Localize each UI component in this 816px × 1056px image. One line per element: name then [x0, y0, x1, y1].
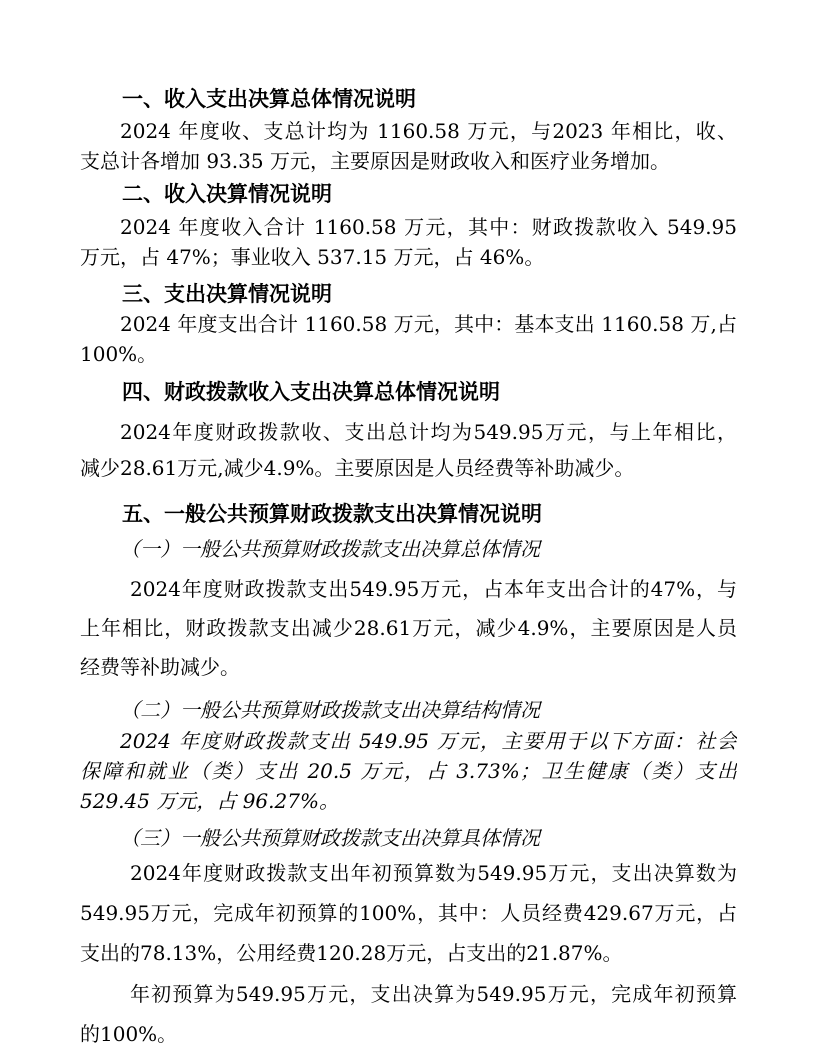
paragraph-initial-budget-completion: 年初预算为549.95万元，支出决算为549.95万元，完成年初预算 的100%… — [80, 974, 737, 1054]
text-line: 2024年度财政拨款支出549.95万元，占本年支出合计的47%，与 — [80, 570, 737, 609]
subheading-2-structure: （二）一般公共预算财政拨款支出决算结构情况 — [80, 695, 737, 725]
document-page: 一、收入支出决算总体情况说明 2024 年度收、支总计均为 1160.58 万元… — [0, 0, 816, 1056]
text-line: 支总计各增加 93.35 万元，主要原因是财政收入和医疗业务增加。 — [80, 146, 737, 176]
text-line: 上年相比，财政拨款支出减少28.61万元，减少4.9%，主要原因是人员 — [80, 609, 737, 648]
subheading-1-general-overview: （一）一般公共预算财政拨款支出决算总体情况 — [80, 534, 737, 564]
subheading-text: （三）一般公共预算财政拨款支出决算具体情况 — [80, 823, 737, 853]
paragraph-revenue-detail: 2024 年度收入合计 1160.58 万元，其中：财政拨款收入 549.95 … — [80, 212, 737, 272]
section-heading-2: 二、收入决算情况说明 — [80, 179, 737, 209]
heading-text: 一、收入支出决算总体情况说明 — [80, 84, 737, 114]
heading-text: 四、财政拨款收入支出决算总体情况说明 — [80, 377, 737, 407]
text-line: 2024年度财政拨款支出年初预算数为549.95万元，支出决算数为 — [80, 853, 737, 893]
text-line: 减少28.61万元,减少4.9%。主要原因是人员经费等补助减少。 — [80, 450, 737, 486]
text-line: 万元，占 47%；事业收入 537.15 万元，占 46%。 — [80, 242, 737, 272]
section-heading-3: 三、支出决算情况说明 — [80, 279, 737, 309]
text-line: 保障和就业（类）支出 20.5 万元，占 3.73%；卫生健康（类）支出 — [80, 756, 737, 786]
heading-text: 二、收入决算情况说明 — [80, 179, 737, 209]
text-line: 2024 年度财政拨款支出 549.95 万元，主要用于以下方面：社会 — [80, 726, 737, 756]
text-line: 年初预算为549.95万元，支出决算为549.95万元，完成年初预算 — [80, 974, 737, 1014]
paragraph-budget-vs-final: 2024年度财政拨款支出年初预算数为549.95万元，支出决算数为 549.95… — [80, 853, 737, 973]
heading-text: 三、支出决算情况说明 — [80, 279, 737, 309]
section-heading-1: 一、收入支出决算总体情况说明 — [80, 84, 737, 114]
paragraph-revenue-expense-total: 2024 年度收、支总计均为 1160.58 万元，与2023 年相比，收、 支… — [80, 116, 737, 176]
text-line: 100%。 — [80, 339, 737, 369]
heading-text: 五、一般公共预算财政拨款支出决算情况说明 — [80, 499, 737, 529]
paragraph-fiscal-appropriation-total: 2024年度财政拨款收、支出总计均为549.95万元，与上年相比， 减少28.6… — [80, 414, 737, 486]
subheading-text: （一）一般公共预算财政拨款支出决算总体情况 — [80, 534, 737, 564]
text-line: 529.45 万元，占 96.27%。 — [80, 786, 737, 816]
text-line: 549.95万元，完成年初预算的100%，其中：人员经费429.67万元，占 — [80, 893, 737, 933]
paragraph-expense-structure: 2024 年度财政拨款支出 549.95 万元，主要用于以下方面：社会 保障和就… — [80, 726, 737, 816]
section-heading-5: 五、一般公共预算财政拨款支出决算情况说明 — [80, 499, 737, 529]
paragraph-budget-expense-overview: 2024年度财政拨款支出549.95万元，占本年支出合计的47%，与 上年相比，… — [80, 570, 737, 687]
paragraph-expense-detail: 2024 年度支出合计 1160.58 万元，其中：基本支出 1160.58 万… — [80, 309, 737, 369]
subheading-text: （二）一般公共预算财政拨款支出决算结构情况 — [80, 695, 737, 725]
text-line: 的100%。 — [80, 1014, 737, 1054]
text-line: 2024 年度支出合计 1160.58 万元，其中：基本支出 1160.58 万… — [80, 309, 737, 339]
section-heading-4: 四、财政拨款收入支出决算总体情况说明 — [80, 377, 737, 407]
text-line: 经费等补助减少。 — [80, 648, 737, 687]
text-line: 2024年度财政拨款收、支出总计均为549.95万元，与上年相比， — [80, 414, 737, 450]
subheading-3-specifics: （三）一般公共预算财政拨款支出决算具体情况 — [80, 823, 737, 853]
text-line: 支出的78.13%，公用经费120.28万元，占支出的21.87%。 — [80, 933, 737, 973]
text-line: 2024 年度收入合计 1160.58 万元，其中：财政拨款收入 549.95 — [80, 212, 737, 242]
text-line: 2024 年度收、支总计均为 1160.58 万元，与2023 年相比，收、 — [80, 116, 737, 146]
